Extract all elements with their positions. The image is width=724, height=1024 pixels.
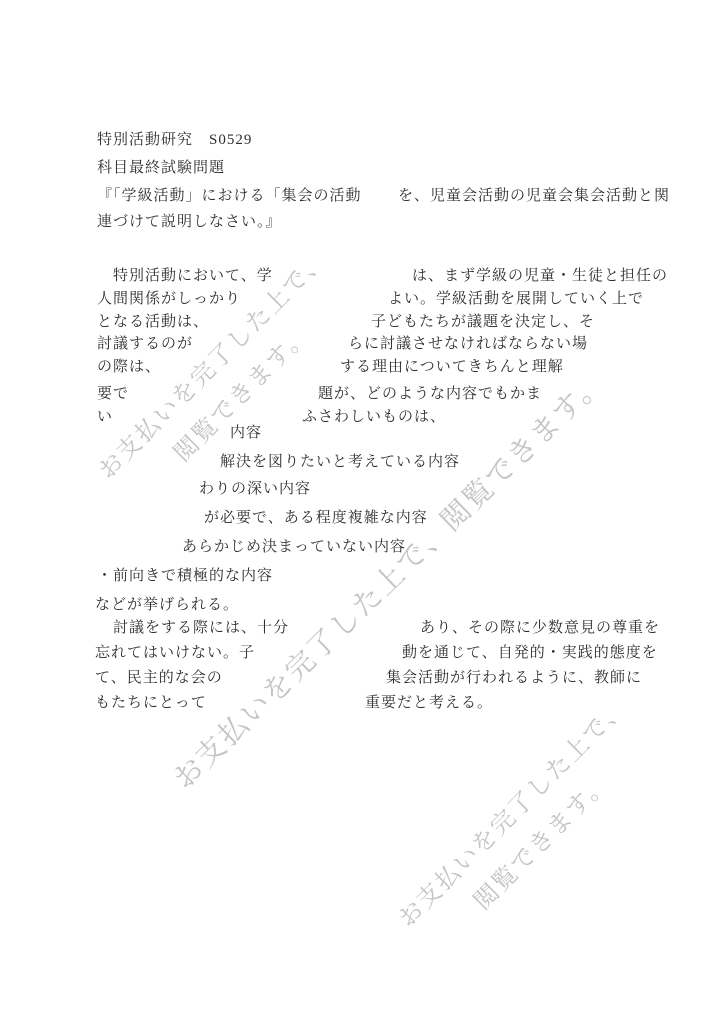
text-layer: 特別活動研究 S0529 科目最終試験問題 『「学級活動」における「集会の活動を…: [0, 0, 724, 1024]
answer-p2-left-line-2: 忘れてはいけない。子: [95, 643, 255, 663]
answer-content-list-item-2: 解決を図りたいと考えている内容: [220, 452, 460, 472]
answer-p1-right-line-3: 子どもたちが議題を決定し、そ: [371, 312, 595, 332]
question-line-2: を、児童会活動の児童会集会活動と関: [398, 186, 670, 206]
answer-p2-right-line-2: 動を通じて、自発的・実践的態度を: [402, 643, 658, 663]
answer-p1-right-line-6: 題が、どのような内容でもかま: [318, 384, 542, 404]
answer-p2-left-line-1: 討議をする際には、十分: [97, 618, 289, 638]
answer-p1-right-line-5: する理由についてきちんと理解: [340, 357, 564, 377]
answer-p1-left-line-1: 特別活動において、学: [97, 266, 273, 286]
header-course-code: 特別活動研究 S0529: [97, 130, 252, 150]
answer-p1-left-line-6: 要で: [97, 384, 129, 404]
answer-p1-right-line-1: は、まず学級の児童・生徒と担任の: [412, 266, 668, 286]
question-line-1: 『「学級活動」における「集会の活動: [97, 186, 362, 206]
answer-p1-right-line-2: よい。学級活動を展開していく上で: [388, 289, 644, 309]
answer-p2-left-line-3: て、民主的な会の: [95, 668, 223, 688]
answer-content-list-item-1: 内容: [230, 423, 262, 443]
header-exam-title: 科目最終試験問題: [97, 158, 225, 178]
question-line-3: 連づけて説明しなさい。』: [97, 212, 282, 232]
answer-p1-right-line-7: ふさわしいものは、: [302, 407, 446, 427]
answer-p2-right-line-1: あり、その際に少数意見の尊重を: [420, 618, 660, 638]
answer-p2-right-line-4: 重要だと考える。: [365, 693, 493, 713]
answer-content-list-item-3: わりの深い内容: [199, 479, 311, 499]
answer-p1-left-line-7: い: [97, 407, 113, 427]
answer-p2-left-line-4: もたちにとって: [95, 693, 207, 713]
answer-p1-left-line-2: 人間関係がしっかり: [97, 289, 241, 309]
answer-p1-left-line-3: となる活動は、: [97, 312, 209, 332]
answer-content-list-item-6: ・前向きで積極的な内容: [97, 566, 273, 586]
answer-content-list-item-5: あらかじめ決まっていない内容: [182, 537, 406, 557]
document-page: お支払いを完了した上で、閲覧できます。お支払いを完了した上で、閲覧できます。お支…: [0, 0, 724, 1024]
answer-content-list-item-4: が必要で、ある程度複雑な内容: [204, 508, 428, 528]
answer-p2-right-line-3: 集会活動が行われるように、教師に: [386, 668, 642, 688]
answer-p1-left-line-4: 討議するのが: [97, 334, 193, 354]
answer-p1-right-line-4: らに討議させなければならない場: [348, 334, 588, 354]
answer-content-list-item-7: などが挙げられる。: [95, 595, 239, 615]
answer-p1-left-line-5: の際は、: [97, 357, 161, 377]
